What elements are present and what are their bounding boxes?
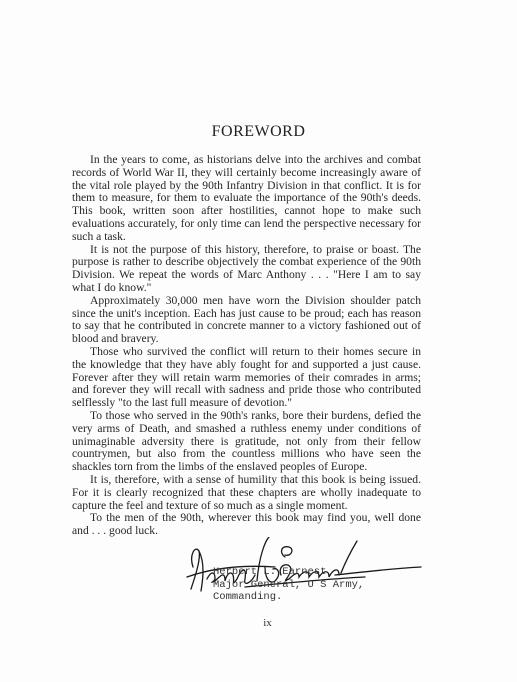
signatory-name: Herbert L. Earnest <box>213 566 364 579</box>
paragraph: It is, therefore, with a sense of humili… <box>72 474 421 512</box>
signatory-rank: Major General, U S Army, <box>213 579 364 592</box>
foreword-body: In the years to come, as historians delv… <box>72 154 421 538</box>
book-page: FOREWORD In the years to come, as histor… <box>0 0 517 682</box>
paragraph: To those who served in the 90th's ranks,… <box>72 410 421 474</box>
signatory-role: Commanding. <box>213 591 364 604</box>
paragraph: Approximately 30,000 men have worn the D… <box>72 295 421 346</box>
paragraph: It is not the purpose of this history, t… <box>72 244 421 295</box>
page-number: ix <box>0 617 517 629</box>
typed-signature-block: Herbert L. EarnestMajor General, U S Arm… <box>213 566 364 604</box>
paragraph: Those who survived the conflict will ret… <box>72 346 421 410</box>
paragraph: To the men of the 90th, wherever this bo… <box>72 512 421 538</box>
page-title: FOREWORD <box>0 123 517 141</box>
paragraph: In the years to come, as historians delv… <box>72 154 421 244</box>
